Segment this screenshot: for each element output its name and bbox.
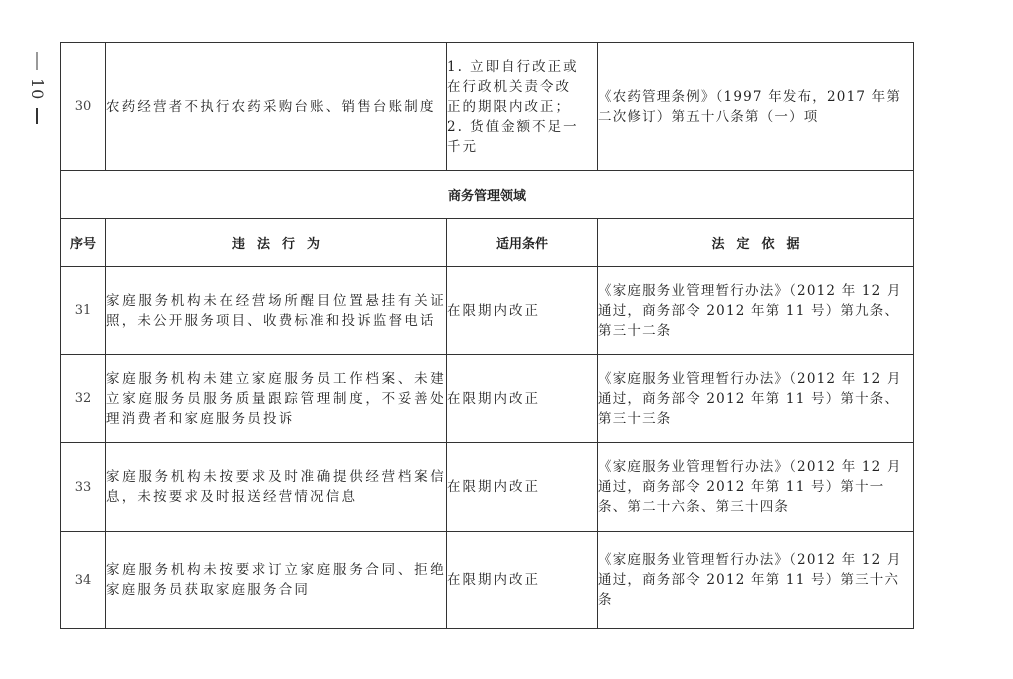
row-violation: 家庭服务机构未建立家庭服务员工作档案、未建立家庭服务员服务质量跟踪管理制度，不妥… (106, 355, 447, 443)
header-condition: 适用条件 (447, 219, 598, 267)
section-row: 商务管理领域 (61, 171, 914, 219)
row-basis: 《家庭服务业管理暂行办法》（2012 年 12 月通过，商务部令 2012 年第… (598, 355, 914, 443)
row-basis: 《家庭服务业管理暂行办法》（2012 年 12 月通过，商务部令 2012 年第… (598, 443, 914, 532)
row-condition: 在限期内改正 (447, 267, 598, 355)
row-condition: 1. 立即自行改正或 在行政机关责令改 正的期限内改正； 2. 货值金额不足一 … (447, 43, 598, 171)
row-condition: 在限期内改正 (447, 355, 598, 443)
row-seq: 33 (61, 443, 106, 532)
row-violation: 家庭服务机构未按要求及时准确提供经营档案信息，未按要求及时报送经营情况信息 (106, 443, 447, 532)
row-seq: 32 (61, 355, 106, 443)
header-basis: 法定依据 (598, 219, 914, 267)
table-row: 31 家庭服务机构未在经营场所醒目位置悬挂有关证照，未公开服务项目、收费标准和投… (61, 267, 914, 355)
page-number-dash-bottom (36, 108, 38, 124)
table-row: 33 家庭服务机构未按要求及时准确提供经营档案信息，未按要求及时报送经营情况信息… (61, 443, 914, 532)
section-title: 商务管理领域 (61, 171, 914, 219)
row-condition: 在限期内改正 (447, 443, 598, 532)
header-row: 序号 违法行为 适用条件 法定依据 (61, 219, 914, 267)
table-row: 32 家庭服务机构未建立家庭服务员工作档案、未建立家庭服务员服务质量跟踪管理制度… (61, 355, 914, 443)
condition-line: 在行政机关责令改 (447, 77, 597, 97)
condition-line: 2. 货值金额不足一 (447, 117, 597, 137)
violations-table: 30 农药经营者不执行农药采购台账、销售台账制度 1. 立即自行改正或 在行政机… (60, 42, 914, 629)
condition-line: 千元 (447, 137, 597, 157)
table-row: 34 家庭服务机构未按要求订立家庭服务合同、拒绝家庭服务员获取家庭服务合同 在限… (61, 532, 914, 629)
page-number-marker: 10 (22, 52, 52, 138)
header-violation: 违法行为 (106, 219, 447, 267)
row-basis: 《家庭服务业管理暂行办法》（2012 年 12 月通过，商务部令 2012 年第… (598, 532, 914, 629)
row-basis: 《家庭服务业管理暂行办法》（2012 年 12 月通过，商务部令 2012 年第… (598, 267, 914, 355)
row-violation: 家庭服务机构未在经营场所醒目位置悬挂有关证照，未公开服务项目、收费标准和投诉监督… (106, 267, 447, 355)
condition-line: 正的期限内改正； (447, 97, 597, 117)
row-seq: 31 (61, 267, 106, 355)
row-condition: 在限期内改正 (447, 532, 598, 629)
row-seq: 34 (61, 532, 106, 629)
row-violation: 农药经营者不执行农药采购台账、销售台账制度 (106, 43, 447, 171)
page-number-dash-top (36, 52, 38, 70)
page-number: 10 (29, 78, 45, 100)
row-seq: 30 (61, 43, 106, 171)
condition-line: 1. 立即自行改正或 (447, 57, 597, 77)
row-basis: 《农药管理条例》（1997 年发布，2017 年第二次修订）第五十八条第（一）项 (598, 43, 914, 171)
header-seq: 序号 (61, 219, 106, 267)
row-violation: 家庭服务机构未按要求订立家庭服务合同、拒绝家庭服务员获取家庭服务合同 (106, 532, 447, 629)
table-row: 30 农药经营者不执行农药采购台账、销售台账制度 1. 立即自行改正或 在行政机… (61, 43, 914, 171)
